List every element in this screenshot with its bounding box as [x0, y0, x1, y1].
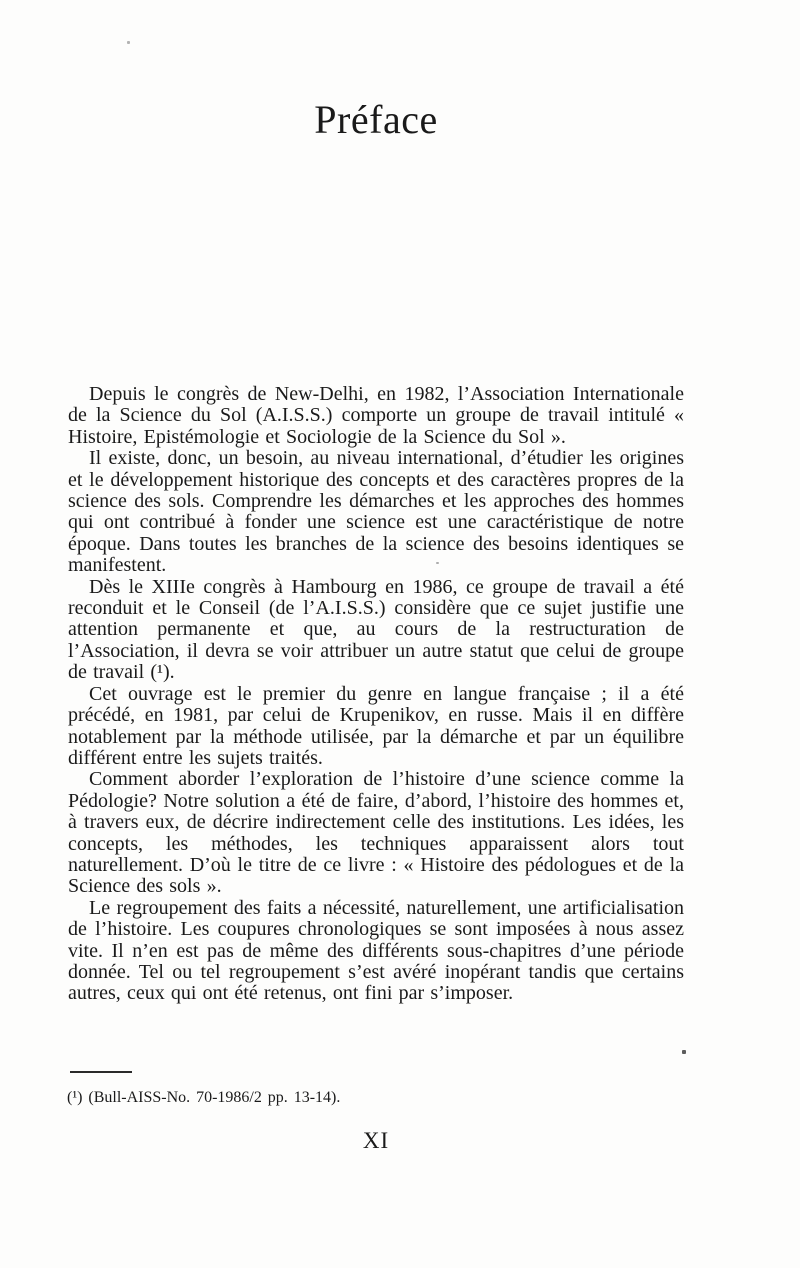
scan-artifact — [436, 562, 439, 564]
preface-body: Depuis le congrès de New-Delhi, en 1982,… — [68, 384, 684, 1005]
paragraph: Dès le XIIIe congrès à Hambourg en 1986,… — [68, 577, 684, 684]
paragraph: Depuis le congrès de New-Delhi, en 1982,… — [68, 384, 684, 448]
scanned-book-page: Préface Depuis le congrès de New-Delhi, … — [0, 0, 800, 1268]
paragraph: Comment aborder l’exploration de l’histo… — [68, 769, 684, 897]
page-number: XI — [68, 1129, 684, 1152]
scan-artifact — [127, 41, 130, 44]
footnote-divider — [70, 1071, 132, 1073]
footnote: (¹) (Bull-AISS-No. 70-1986/2 pp. 13-14). — [67, 1088, 683, 1107]
paragraph: Il existe, donc, un besoin, au niveau in… — [68, 448, 684, 576]
paragraph: Le regroupement des faits a nécessité, n… — [68, 898, 684, 1005]
scan-artifact — [682, 1050, 686, 1054]
page-title: Préface — [68, 100, 684, 140]
paragraph: Cet ouvrage est le premier du genre en l… — [68, 684, 684, 770]
